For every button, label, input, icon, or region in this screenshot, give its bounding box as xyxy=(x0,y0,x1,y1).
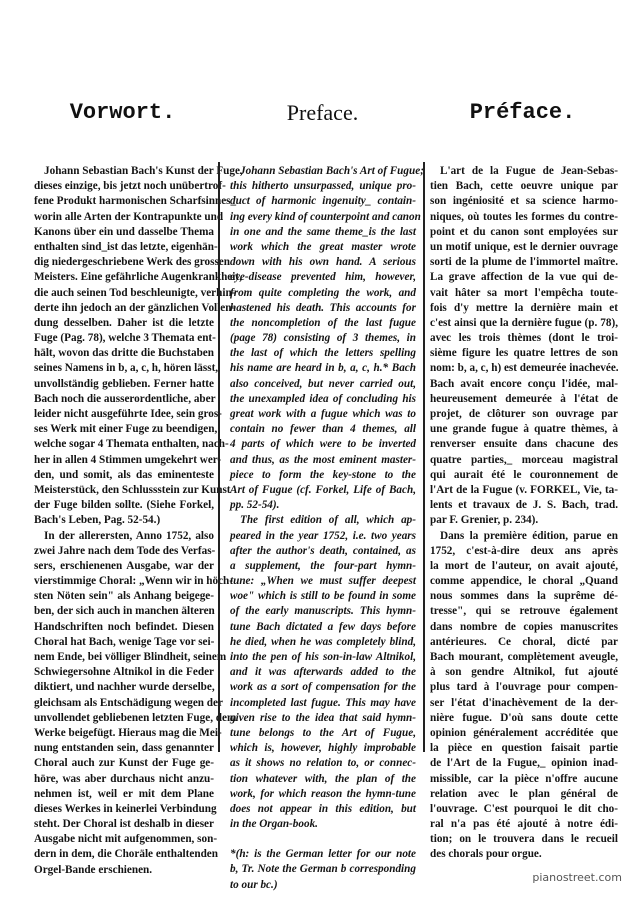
text-line: la pièce en question faisait partie xyxy=(430,741,618,756)
text-line: niques, où toutes les formes du contre- xyxy=(430,210,618,225)
text-line: Meisters. Eine gefährliche Augenkrankhei… xyxy=(34,270,214,285)
text-line: den, und somit, als das eminenteste xyxy=(34,468,214,483)
text-line: Orgel-Bande erschienen. xyxy=(34,863,214,878)
text-line: tune belongs to the Art of Fugue, xyxy=(230,726,416,741)
text-line: peared in the year 1752, i.e. two years xyxy=(230,529,416,544)
text-line: tion; on le trouvera dans le recueil xyxy=(430,832,618,847)
text-line: antérieures. Ce choral, dicté par xyxy=(430,635,618,650)
text-line: ral n'a pas été ajouté à notre édi- xyxy=(430,817,618,832)
text-line: Art of Fugue (cf. Forkel, Life of Bach, xyxy=(230,483,416,498)
text-line: and thus, as the most eminent master- xyxy=(230,453,416,468)
document-page: Vorwort. Preface. Préface. Johann Sebast… xyxy=(0,0,640,900)
text-line: Kanons über ein und dasselbe Thema xyxy=(34,225,214,240)
text-line: piece to form the key-stone to the xyxy=(230,468,416,483)
text-line: vait hâter sa mort l'empêcha toute- xyxy=(430,286,618,301)
text-line: his name are heard in b, a, c, h.* Bach xyxy=(230,361,416,376)
text-line: steht. Der Choral ist deshalb in dieser xyxy=(34,817,214,832)
text-line: pp. 52-54). xyxy=(230,498,416,513)
text-line: nehmen ist, weil er mit dem Plane xyxy=(34,787,214,802)
text-line: tien Bach, cette oeuvre unique par xyxy=(430,179,618,194)
text-line: Choral hat Bach, wenige Tage vor sei- xyxy=(34,635,214,650)
text-line: hält, wovon das dritte die Buchstaben xyxy=(34,346,214,361)
text-line: nem Ende, bei völliger Blindheit, seinem xyxy=(34,650,214,665)
text-line: contain no fewer than 4 themes, all xyxy=(230,422,416,437)
text-line: work which the great master wrote xyxy=(230,240,416,255)
text-line: de l'Art de la Fugue,_ opinion inad- xyxy=(430,756,618,771)
french-column: L'art de la Fugue de Jean-Sebas-tien Bac… xyxy=(430,164,618,863)
english-footnote: *(h: is the German letter for our noteb,… xyxy=(230,847,416,893)
text-line: fois d'y mettre la dernière main et xyxy=(430,301,618,316)
text-line: he died, when he was completely blind, xyxy=(230,635,416,650)
text-line: derte ihn jedoch an der gänzlichen Volle… xyxy=(34,301,214,316)
text-line: (page 78) consisting of 3 themes, in xyxy=(230,331,416,346)
text-line: sième figure les quatre lettres de son xyxy=(430,346,618,361)
text-line: in the Organ-book. xyxy=(230,817,416,832)
text-line: Johann Sebastian Bach's Art of Fugue; xyxy=(230,164,416,179)
text-line: der Fuge bilden sollte. (Siehe Forkel, xyxy=(34,498,214,513)
text-line: l'ouvrage. C'est pourquoi le dit cho- xyxy=(430,802,618,817)
text-line: eye-disease prevented him, however, xyxy=(230,270,416,285)
text-line: Fuge (Pag. 78), welche 3 Themata ent- xyxy=(34,331,214,346)
text-line: and it was afterwards added to the xyxy=(230,665,416,680)
text-line: un motif unique, est le dernier ouvrage xyxy=(430,240,618,255)
text-line: incompleted last fugue. This may have xyxy=(230,696,416,711)
text-line: a supplement, the four-part hymn- xyxy=(230,559,416,574)
text-line: missible, car la pièce n'offre aucune xyxy=(430,772,618,787)
text-line: nung entstanden sein, dass genannter xyxy=(34,741,214,756)
text-line: Bach mourant, complètement aveugle, xyxy=(430,650,618,665)
text-line: plus tard à l'ouvrage pour compen- xyxy=(430,680,618,695)
text-line: as it shows no relation to, or connec- xyxy=(230,756,416,771)
text-line: ser l'état d'inachèvement de la der- xyxy=(430,696,618,711)
text-line: diktiert, und nachher wurde derselbe, xyxy=(34,680,214,695)
text-line: worin alle Arten der Kontrapunkte und xyxy=(34,210,214,225)
text-line: lents et travaux de J. S. Bach, trad. xyxy=(430,498,618,513)
text-line: par F. Grenier, p. 234). xyxy=(430,513,618,528)
text-line: sers, erschienenen Ausgabe, war der xyxy=(34,559,214,574)
column-divider xyxy=(423,162,425,752)
text-line: woe" which is still to be found in some xyxy=(230,589,416,604)
text-line: given rise to the idea that said hymn- xyxy=(230,711,416,726)
text-line: höre, was aber durchaus nicht anzu- xyxy=(34,772,214,787)
text-line: dung desselben. Daher ist die letzte xyxy=(34,316,214,331)
text-line: *(h: is the German letter for our note xyxy=(230,847,416,862)
text-line: nom: b, a, c, h) est demeurée inachevée. xyxy=(430,361,618,376)
watermark: pianostreet.com xyxy=(532,871,622,884)
heading-french: Préface. xyxy=(425,100,620,125)
text-line: leider nicht ausgeführte Idee, sein gros… xyxy=(34,407,214,422)
text-line: l'Art de la Fugue (v. FORKEL, Vie, ta- xyxy=(430,483,618,498)
text-line: Ausgabe nicht mit aufgenommen, son- xyxy=(34,832,214,847)
text-line: 1752, c'est-à-dire deux ans après xyxy=(430,544,618,559)
text-line: point et du canon sont employées sur xyxy=(430,225,618,240)
text-line: fene Produkt harmonischen Scharfsinnes_ xyxy=(34,194,214,209)
text-line: nous sommes dans la suprême dé- xyxy=(430,589,618,604)
text-line: unvollständig geblieben. Ferner hatte xyxy=(34,377,214,392)
text-line: after the author's death, contained, as xyxy=(230,544,416,559)
text-line: avec les trois thèmes (dont le troi- xyxy=(430,331,618,346)
text-line: Werke beigefügt. Hieraus mag die Mei- xyxy=(34,726,214,741)
text-line: into the pen of his son-in-law Altnikol, xyxy=(230,650,416,665)
text-line: sorti de la plume de l'immortel maître. xyxy=(430,255,618,270)
text-line: in one and the same theme_is the last xyxy=(230,225,416,240)
text-line: nière fugue. D'où sans doute cette xyxy=(430,711,618,726)
text-line: great work with a fugue which was to xyxy=(230,407,416,422)
text-line: her in allen 4 Stimmen umgekehrt wer- xyxy=(34,453,214,468)
text-line: hastened his death. This accounts for xyxy=(230,301,416,316)
text-line: quatre parties,_ morceau magistral xyxy=(430,453,618,468)
text-line: dieses Werkes in keinerlei Verbindung xyxy=(34,802,214,817)
text-line: does not appear in this edition, but xyxy=(230,802,416,817)
text-line: Choral auch zur Kunst der Fuge ge- xyxy=(34,756,214,771)
text-line: which is, however, highly improbable xyxy=(230,741,416,756)
text-line: ses Werk mit einer Fuge zu beendigen, xyxy=(34,422,214,437)
text-line: sten Nöten sein" als Anhang beigege- xyxy=(34,589,214,604)
text-line: work as a sort of compensation for the xyxy=(230,680,416,695)
text-line: In der allerersten, Anno 1752, also xyxy=(34,529,214,544)
text-line: ben, der sich auch in manchen älteren xyxy=(34,604,214,619)
text-line: welche sogar 4 Themata enthalten, nach- xyxy=(34,437,214,452)
text-line: renverser ensuite dans chacune des xyxy=(430,437,618,452)
text-line: The first edition of all, which ap- xyxy=(230,513,416,528)
text-line: heureusement demeurée à l'état de xyxy=(430,392,618,407)
heading-german: Vorwort. xyxy=(30,100,215,125)
text-line: Bach's Leben, Pag. 52-54.) xyxy=(34,513,214,528)
text-line: tion whatever with, the plan of the xyxy=(230,772,416,787)
text-line: dern in dem, die Choräle enthaltenden xyxy=(34,847,214,862)
text-line: tune Bach dictated a few days before xyxy=(230,620,416,635)
text-line: la mort de l'auteur, on avait ajouté, xyxy=(430,559,618,574)
footnote-gap xyxy=(230,832,416,847)
text-line: 4 parts of which were to be inverted xyxy=(230,437,416,452)
text-line: to our bc.) xyxy=(230,878,416,893)
text-line: die auch seinen Tod beschleunigte, verhi… xyxy=(34,286,214,301)
text-line: vierstimmige Choral: „Wenn wir in höch- xyxy=(34,574,214,589)
text-line: this hitherto unsurpassed, unique pro- xyxy=(230,179,416,194)
text-line: projet, de clôturer son ouvrage par xyxy=(430,407,618,422)
german-column: Johann Sebastian Bach's Kunst der Fuge,d… xyxy=(34,164,214,878)
text-line: des chorals pour orgue. xyxy=(430,847,618,862)
text-line: à son gendre Altnikol, fut ajouté xyxy=(430,665,618,680)
heading-english: Preface. xyxy=(225,100,420,126)
text-line: c'est ainsi que la dernière fugue (p. 78… xyxy=(430,316,618,331)
text-line: of the early manuscripts. This hymn- xyxy=(230,604,416,619)
text-line: the noncompletion of the last fugue xyxy=(230,316,416,331)
text-line: ing every kind of counterpoint and canon xyxy=(230,210,416,225)
text-line: dieses einzige, bis jetzt noch unübertro… xyxy=(34,179,214,194)
text-line: Meisterstück, den Schlussstein zur Kunst xyxy=(34,483,214,498)
text-line: enthalten sind_ist das letzte, eigenhän- xyxy=(34,240,214,255)
text-line: seines Namens in b, a, c, h, hören lässt… xyxy=(34,361,214,376)
text-line: gleichsam als Entschädigung wegen der xyxy=(34,696,214,711)
text-line: Johann Sebastian Bach's Kunst der Fuge, xyxy=(34,164,214,179)
english-body: Johann Sebastian Bach's Art of Fugue;thi… xyxy=(230,164,416,832)
text-line: Bach avait encore conçu l'idée, mal- xyxy=(430,377,618,392)
text-line: work, for which reason the hymn-tune xyxy=(230,787,416,802)
text-line: from quite completing the work, and xyxy=(230,286,416,301)
text-line: tune: „When we must suffer deepest xyxy=(230,574,416,589)
text-line: L'art de la Fugue de Jean-Sebas- xyxy=(430,164,618,179)
text-line: down with his own hand. A serious xyxy=(230,255,416,270)
text-line: b, Tr. Note the German b corresponding xyxy=(230,862,416,877)
text-line: the unexampled idea of concluding his xyxy=(230,392,416,407)
text-line: une grande fugue à quatre thèmes, à xyxy=(430,422,618,437)
text-line: Dans la première édition, parue en xyxy=(430,529,618,544)
text-line: Handschriften noch befindet. Diesen xyxy=(34,620,214,635)
text-line: Bach noch die ausserordentliche, aber xyxy=(34,392,214,407)
text-line: dans nombre de copies manuscrites xyxy=(430,620,618,635)
text-line: son ingéniosité et sa science harmo- xyxy=(430,194,618,209)
text-line: La grave affection de la vue qui de- xyxy=(430,270,618,285)
text-line: the last of which the letters spelling xyxy=(230,346,416,361)
text-line: duct of harmonic ingenuity_ contain- xyxy=(230,194,416,209)
text-line: comme appendice, le choral „Quand xyxy=(430,574,618,589)
text-line: dig niedergeschriebene Werk des grossen xyxy=(34,255,214,270)
text-line: unvollendet gebliebenen letzten Fuge, de… xyxy=(34,711,214,726)
column-divider xyxy=(218,162,220,752)
text-line: also conceived, but never carried out, xyxy=(230,377,416,392)
text-line: qui aurait été le couronnement de xyxy=(430,468,618,483)
text-line: tresse", qui se retrouve également xyxy=(430,604,618,619)
text-line: opinion généralement accréditée que xyxy=(430,726,618,741)
text-line: relation avec le plan général de xyxy=(430,787,618,802)
text-line: Schwiegersohne Altnikol in die Feder xyxy=(34,665,214,680)
text-line: zwei Jahre nach dem Tode des Verfas- xyxy=(34,544,214,559)
english-column: Johann Sebastian Bach's Art of Fugue;thi… xyxy=(230,164,416,893)
